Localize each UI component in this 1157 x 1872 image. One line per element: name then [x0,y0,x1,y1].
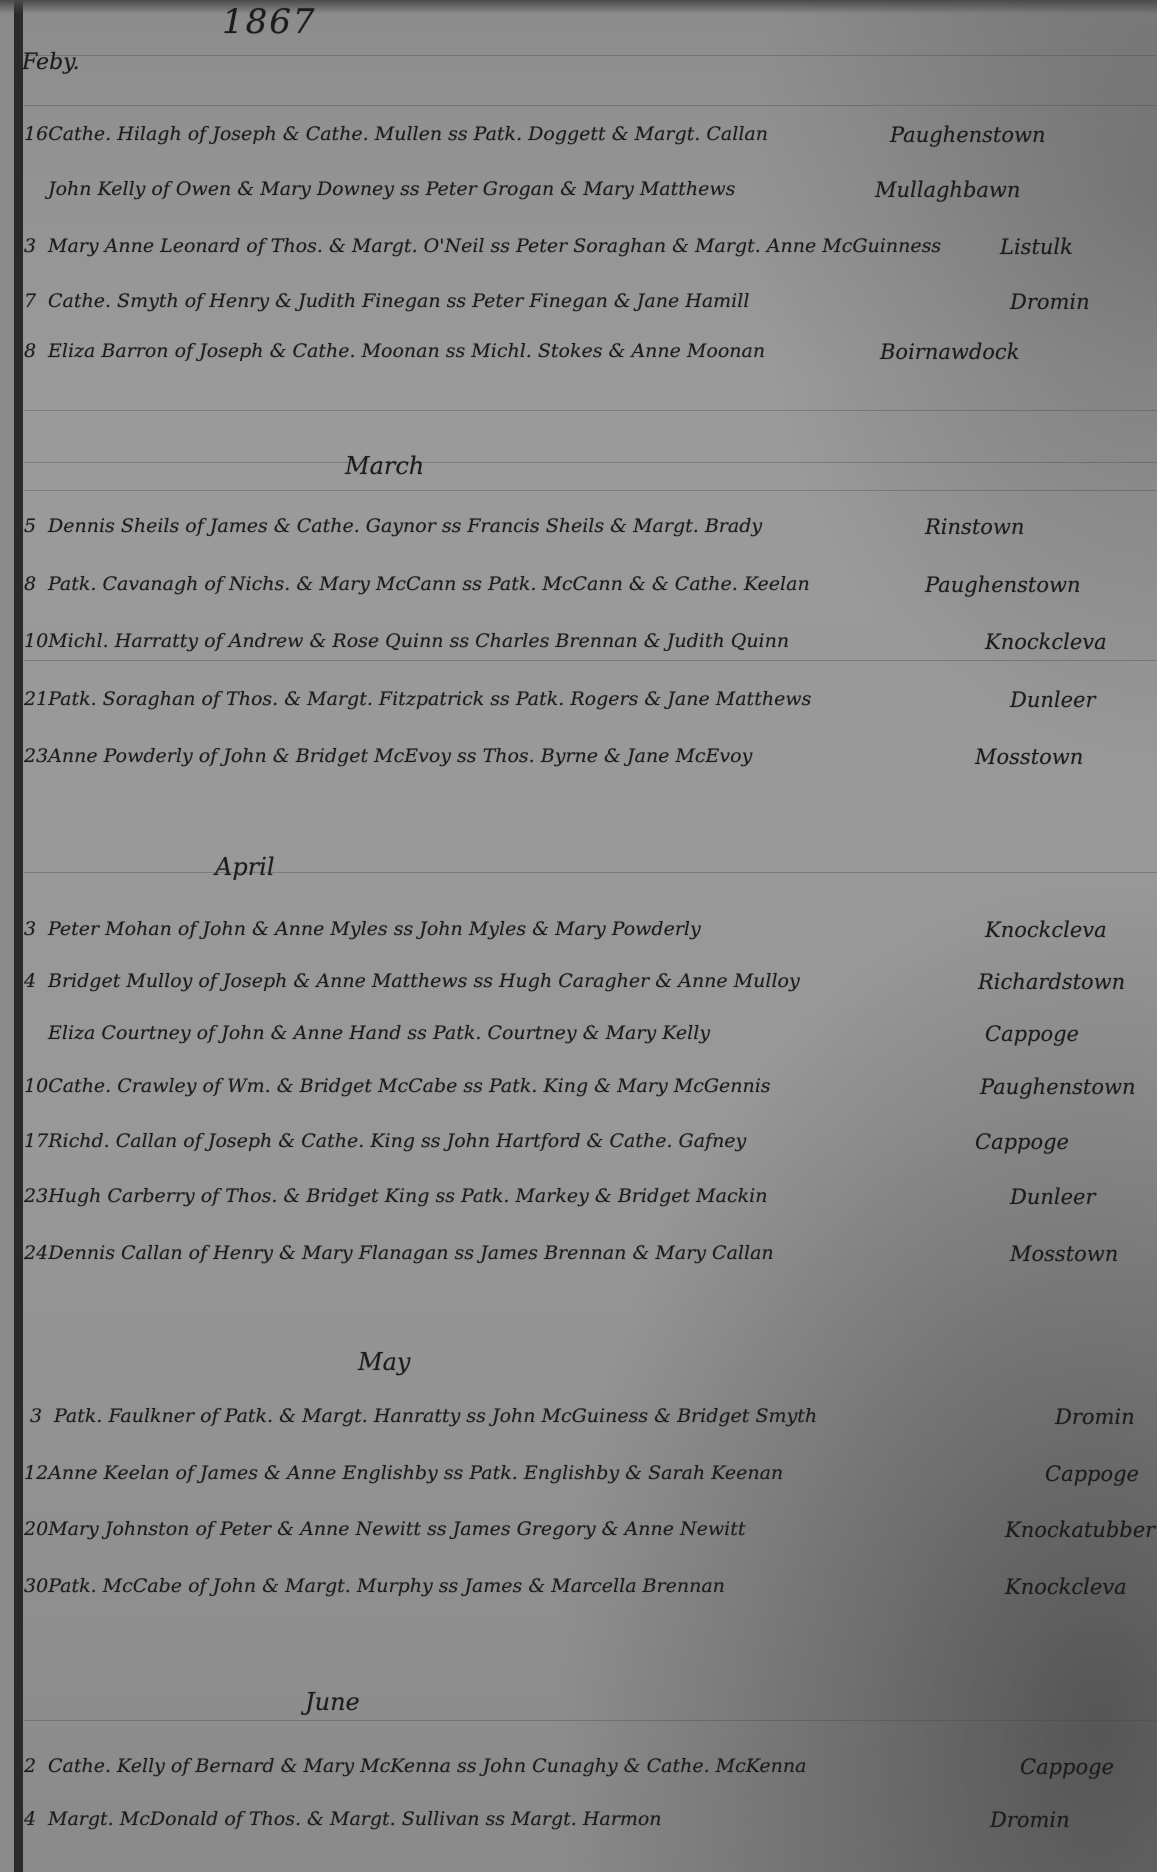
entry-place: Mullaghbawn [875,178,1020,202]
entry-place: Cappoge [1045,1462,1139,1486]
entry-place: Paughenstown [890,123,1046,147]
entry-place: Knockatubber [1005,1518,1155,1542]
entry-text: Dennis Callan of Henry & Mary Flanagan s… [48,1242,773,1264]
entry-text: Patk. Faulkner of Patk. & Margt. Hanratt… [54,1405,817,1427]
register-entry: 8Patk. Cavanagh of Nichs. & Mary McCann … [24,573,810,595]
entry-day: 24 [24,1242,48,1264]
entry-place: Mosstown [1010,1242,1118,1266]
month-heading-march: March [345,452,424,480]
entry-place: Cappoge [985,1022,1079,1046]
entry-day: 5 [24,515,48,537]
register-entry: 3Mary Anne Leonard of Thos. & Margt. O'N… [24,235,941,257]
register-entry: 24Dennis Callan of Henry & Mary Flanagan… [24,1242,774,1264]
entry-place: Dunleer [1010,688,1096,712]
entry-place: Dromin [990,1808,1070,1832]
entry-text: Hugh Carberry of Thos. & Bridget King ss… [48,1185,767,1207]
entry-place: Richardstown [978,970,1125,994]
month-heading-february: Feby. [22,50,80,75]
register-year: 1867 [222,2,317,42]
ruled-line [24,872,1157,873]
entry-text: John Kelly of Owen & Mary Downey ss Pete… [48,178,735,200]
entry-place: Mosstown [975,745,1083,769]
entry-place: Cappoge [975,1130,1069,1154]
entry-text: Peter Mohan of John & Anne Myles ss John… [48,918,701,940]
entry-text: Patk. Cavanagh of Nichs. & Mary McCann s… [48,573,810,595]
entry-day: 4 [24,1808,48,1830]
register-entry: 16Cathe. Hilagh of Joseph & Cathe. Mulle… [24,123,768,145]
register-entry: 21Patk. Soraghan of Thos. & Margt. Fitzp… [24,688,811,710]
entry-day: 12 [24,1462,48,1484]
entry-place: Knockcleva [985,630,1107,654]
register-page: 1867 Feby. 16Cathe. Hilagh of Joseph & C… [0,0,1157,1872]
entry-text: Cathe. Kelly of Bernard & Mary McKenna s… [48,1755,806,1777]
register-entry: 3Peter Mohan of John & Anne Myles ss Joh… [24,918,701,940]
entry-place: Paughenstown [980,1075,1136,1099]
ruled-line [24,462,1157,463]
register-entry: 17Richd. Callan of Joseph & Cathe. King … [24,1130,746,1152]
entry-text: Cathe. Crawley of Wm. & Bridget McCabe s… [48,1075,770,1097]
ruled-line [24,1720,1157,1721]
ruled-line [24,490,1157,491]
entry-day: 16 [24,123,48,145]
entry-text: Mary Johnston of Peter & Anne Newitt ss … [48,1518,745,1540]
register-entry: 4Margt. McDonald of Thos. & Margt. Sulli… [24,1808,662,1830]
entry-day: 17 [24,1130,48,1152]
entry-place: Knockcleva [1005,1575,1127,1599]
entry-day: 23 [24,745,48,767]
entry-text: Michl. Harratty of Andrew & Rose Quinn s… [48,630,789,652]
register-entry: John Kelly of Owen & Mary Downey ss Pete… [24,178,735,200]
entry-text: Anne Powderly of John & Bridget McEvoy s… [48,745,752,767]
margin-rule [14,0,23,1872]
entry-text: Dennis Sheils of James & Cathe. Gaynor s… [48,515,762,537]
register-entry: 20Mary Johnston of Peter & Anne Newitt s… [24,1518,746,1540]
entry-text: Cathe. Smyth of Henry & Judith Finegan s… [48,290,749,312]
register-entry: Eliza Courtney of John & Anne Hand ss Pa… [24,1022,710,1044]
register-entry: 23Anne Powderly of John & Bridget McEvoy… [24,745,752,767]
register-entry: 4Bridget Mulloy of Joseph & Anne Matthew… [24,970,800,992]
month-heading-may: May [358,1348,410,1376]
ruled-line [24,105,1157,106]
register-entry: 7Cathe. Smyth of Henry & Judith Finegan … [24,290,749,312]
entry-text: Richd. Callan of Joseph & Cathe. King ss… [48,1130,746,1152]
register-entry: 30Patk. McCabe of John & Margt. Murphy s… [24,1575,725,1597]
ruled-line [24,410,1157,411]
entry-text: Eliza Courtney of John & Anne Hand ss Pa… [48,1022,710,1044]
register-entry: 12Anne Keelan of James & Anne Englishby … [24,1462,783,1484]
entry-place: Paughenstown [925,573,1081,597]
entry-place: Cappoge [1020,1755,1114,1779]
entry-day: 23 [24,1185,48,1207]
entry-place: Knockcleva [985,918,1107,942]
entry-day: 7 [24,290,48,312]
entry-text: Patk. McCabe of John & Margt. Murphy ss … [48,1575,725,1597]
month-heading-april: April [215,853,275,881]
entry-text: Margt. McDonald of Thos. & Margt. Sulliv… [48,1808,662,1830]
entry-text: Eliza Barron of Joseph & Cathe. Moonan s… [48,340,765,362]
ruled-line [24,55,1157,56]
entry-day: 8 [24,340,48,362]
entry-place: Listulk [1000,235,1073,259]
entry-place: Dromin [1010,290,1090,314]
entry-place: Boirnawdock [880,340,1019,364]
entry-text: Patk. Soraghan of Thos. & Margt. Fitzpat… [48,688,811,710]
register-entry: 10Michl. Harratty of Andrew & Rose Quinn… [24,630,789,652]
entry-day: 21 [24,688,48,710]
entry-day: 8 [24,573,48,595]
entry-day: 20 [24,1518,48,1540]
entry-day: 3 [30,1405,54,1427]
entry-text: Mary Anne Leonard of Thos. & Margt. O'Ne… [48,235,941,257]
register-entry: 10Cathe. Crawley of Wm. & Bridget McCabe… [24,1075,771,1097]
entry-day: 10 [24,1075,48,1097]
register-entry: 5Dennis Sheils of James & Cathe. Gaynor … [24,515,762,537]
entry-day: 30 [24,1575,48,1597]
register-entry: 3Patk. Faulkner of Patk. & Margt. Hanrat… [30,1405,817,1427]
entry-day: 4 [24,970,48,992]
entry-text: Bridget Mulloy of Joseph & Anne Matthews… [48,970,800,992]
entry-day: 3 [24,918,48,940]
entry-place: Dunleer [1010,1185,1096,1209]
entry-day: 2 [24,1755,48,1777]
entry-place: Rinstown [925,515,1024,539]
top-edge-shadow [0,0,1157,14]
register-entry: 2Cathe. Kelly of Bernard & Mary McKenna … [24,1755,806,1777]
entry-place: Dromin [1055,1405,1135,1429]
page-binding [0,0,14,1872]
entry-text: Anne Keelan of James & Anne Englishby ss… [48,1462,783,1484]
ruled-line [24,660,1157,661]
entry-day: 3 [24,235,48,257]
month-heading-june: June [305,1688,360,1716]
register-entry: 8Eliza Barron of Joseph & Cathe. Moonan … [24,340,765,362]
register-entry: 23Hugh Carberry of Thos. & Bridget King … [24,1185,767,1207]
entry-text: Cathe. Hilagh of Joseph & Cathe. Mullen … [48,123,768,145]
entry-day: 10 [24,630,48,652]
